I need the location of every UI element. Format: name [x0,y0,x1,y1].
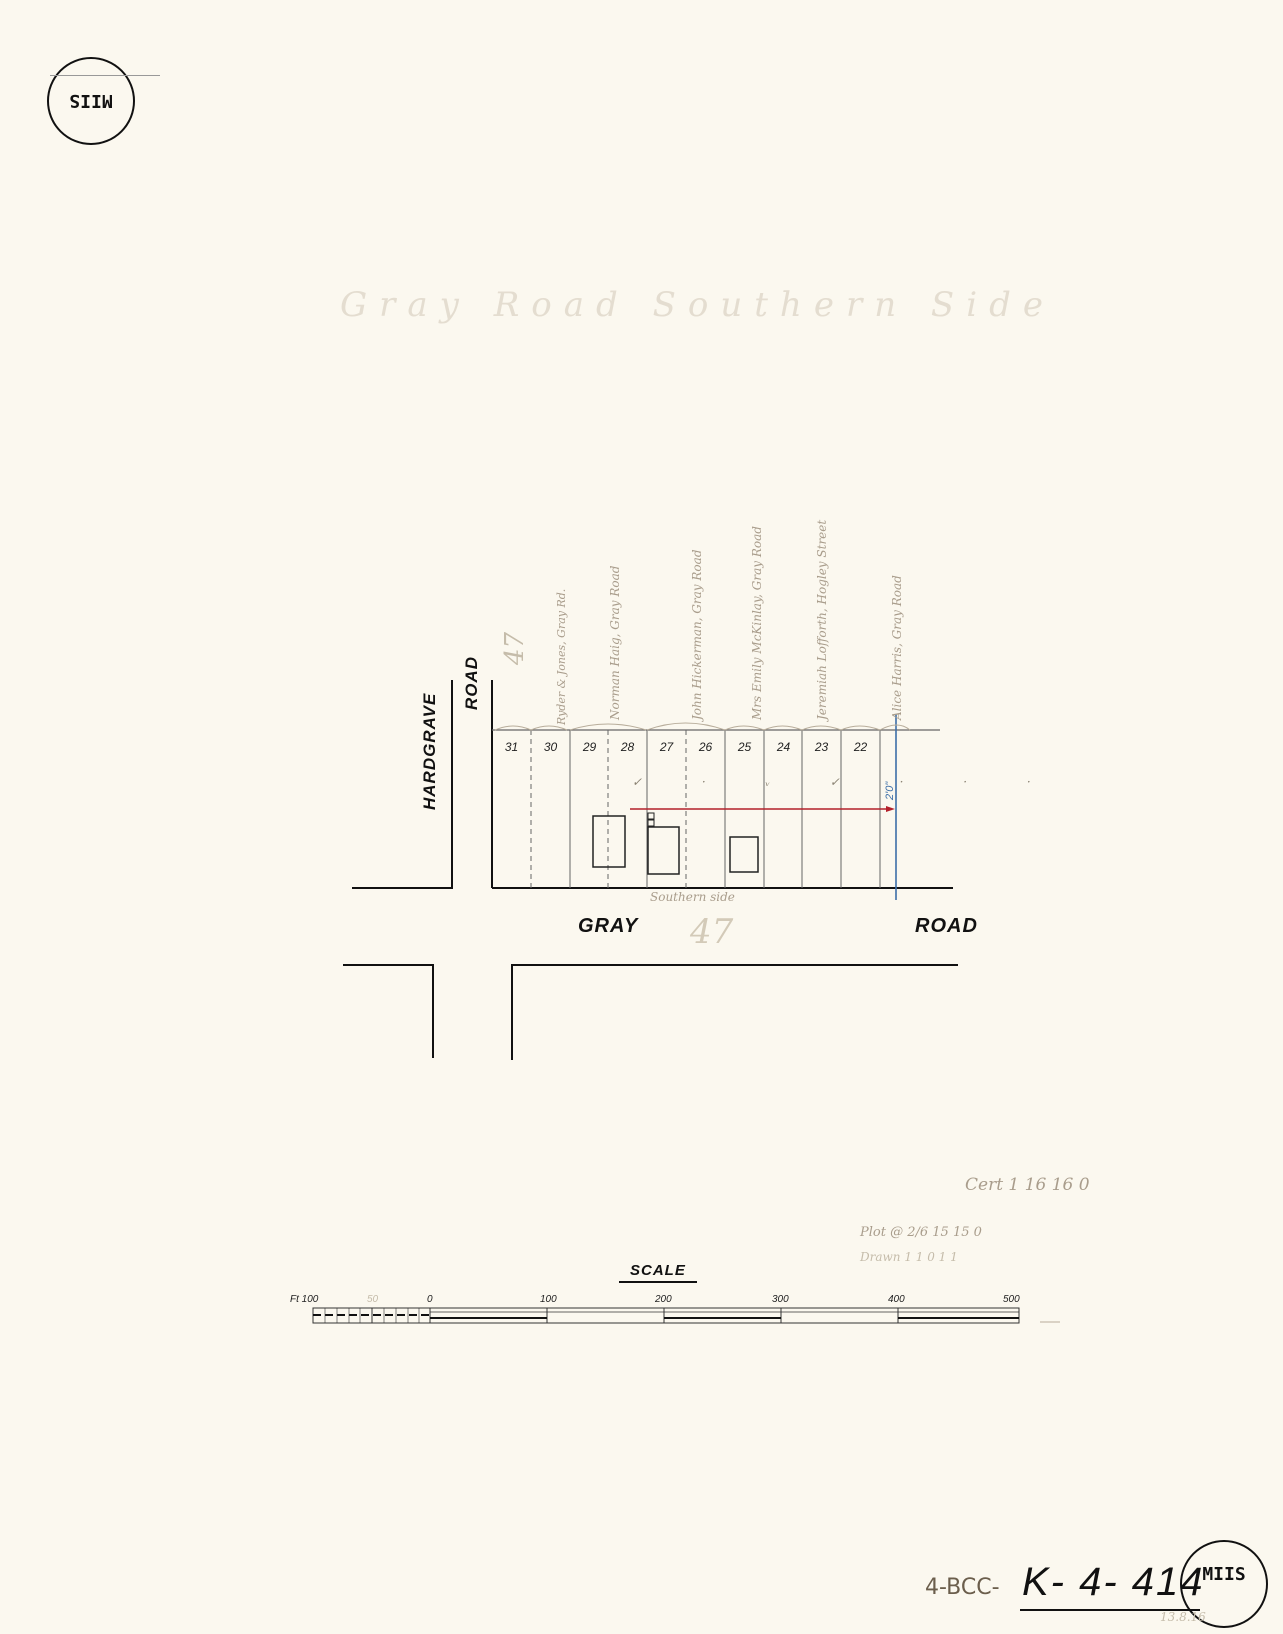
scale-tick-300: 300 [772,1294,789,1305]
gray-road-label: ROAD [915,915,978,938]
block-number-top: 47 [500,632,530,665]
lot-number: 29 [570,740,609,754]
lot-number: 23 [802,740,841,754]
owner-note-3: Mrs Emily McKinlay, Gray Road [750,560,764,720]
outbuilding-1 [648,813,654,819]
owner-note-2: Jeremiah Lofforth, Hogley Street [815,580,829,720]
map-drawing [0,0,1283,1634]
building-lot-27 [648,827,679,874]
scale-unit-label: Ft 100 [290,1294,318,1305]
lot-number: 26 [686,740,725,754]
lot-number: 25 [725,740,764,754]
scale-title: SCALE [630,1262,686,1279]
reference-code: K- 4- 414 [1022,1560,1205,1605]
scale-bar [313,1308,1019,1323]
owner-note-5: Norman Haig, Gray Road [608,610,622,720]
lot-number: 27 [647,740,686,754]
building-lot-28-29 [593,816,625,867]
outbuilding-2 [648,820,654,826]
owner-note-4: John Hickerman, Gray Road [690,600,704,720]
lot-number: 24 [764,740,803,754]
lot-number: 28 [608,740,647,754]
block-number: 47 [690,912,733,952]
date-note: 13.8.16 [1160,1610,1206,1624]
cert-note: Cert 1 16 16 0 [965,1175,1090,1195]
lot-number: 22 [841,740,880,754]
gray-road-south-west-corner [343,965,433,1058]
scale-tick-500: 500 [1003,1294,1020,1305]
lot-number: 31 [492,740,531,754]
building-lot-25 [730,837,758,872]
lot-number: 30 [531,740,570,754]
hardgrave-label: HARDGRAVE [420,710,440,810]
plot-note-2: Drawn 1 1 0 1 1 [860,1250,958,1264]
gray-label: GRAY [578,915,638,938]
southern-side-note: Southern side [650,890,735,904]
scale-tick-50: 50 [367,1294,378,1305]
owner-note-1: Alice Harris, Gray Road [890,600,904,720]
plot-note-1: Plot @ 2/6 15 15 0 [860,1225,982,1240]
scale-tick-0: 0 [427,1294,433,1305]
scale-tick-200: 200 [655,1294,672,1305]
scale-tick-400: 400 [888,1294,905,1305]
scale-tick-100: 100 [540,1294,557,1305]
hardgrave-road-label: ROAD [462,656,482,710]
owner-note-6: Ryder & Jones, Gray Rd. [555,615,568,725]
check-marks: ✓ · ᵥ ✓ · · · [632,775,1059,789]
red-arrowhead-icon [886,806,895,812]
gray-road-south-east-corner [512,965,958,1060]
reference-prefix: 4-BCC- [925,1575,1000,1600]
